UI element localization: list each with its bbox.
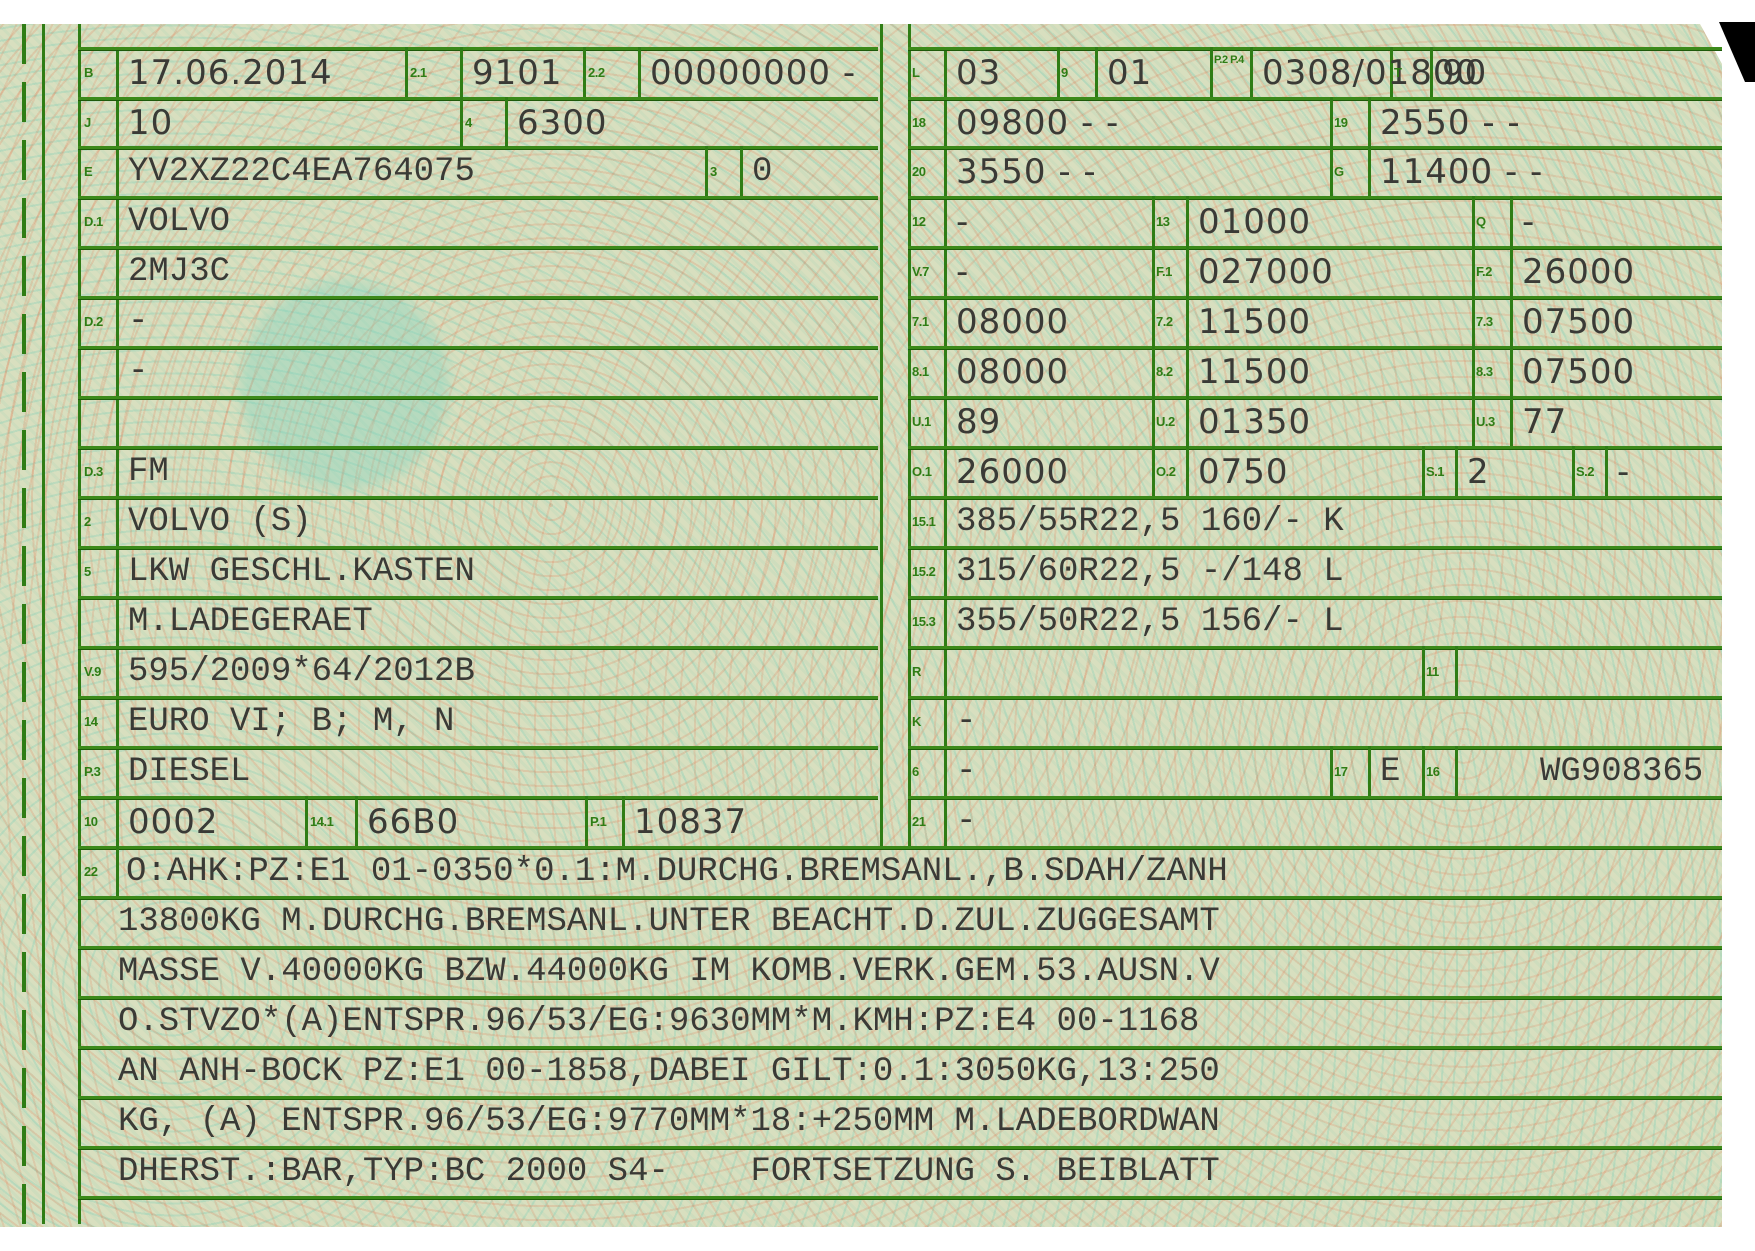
field-code-label: K	[912, 714, 921, 729]
field-code-label: 14.1	[310, 814, 333, 829]
field-code-label: E	[84, 164, 92, 179]
field-value: -	[956, 755, 976, 789]
grid-divider	[460, 47, 463, 97]
field-value: M.LADEGERAET	[128, 605, 373, 639]
field-code-label: 17	[1334, 764, 1347, 779]
field-code-label: P.3	[84, 764, 100, 779]
field-value: -	[128, 305, 148, 339]
field-value: 0750	[1198, 455, 1289, 489]
field-code-label: 12	[912, 214, 925, 229]
field-value: 2MJ3C	[128, 255, 230, 289]
field-code-label: 2.2	[588, 65, 605, 80]
field-value: 08000	[956, 305, 1069, 339]
field-value: 77	[1522, 405, 1567, 439]
grid-divider	[705, 146, 708, 196]
field-value: 26000	[1522, 255, 1635, 289]
field-value: -	[956, 205, 969, 239]
grid-divider	[1057, 47, 1060, 97]
grid-divider	[1186, 296, 1189, 346]
field-code-label: F.2	[1476, 264, 1492, 279]
field-code-label: 22	[84, 864, 97, 879]
field-code-label: 16	[1426, 764, 1439, 779]
field-value: 03	[956, 56, 1001, 90]
grid-divider	[1422, 746, 1425, 796]
field-value: 11500	[1198, 305, 1311, 339]
field-value: 2	[1467, 455, 1490, 489]
grid-divider	[1186, 446, 1189, 496]
grid-divider	[505, 97, 508, 147]
field-code-label: V.7	[912, 264, 929, 279]
field-code-label: 11	[1426, 664, 1439, 679]
field-code-label: 8.1	[912, 364, 929, 379]
field-code-label: 10	[84, 814, 97, 829]
field-value: O.STVZO*(A)ENTSPR.96/53/EG:9630MM*M.KMH:…	[118, 1005, 1199, 1039]
grid-divider	[1455, 646, 1458, 696]
grid-rule	[78, 1046, 1722, 1049]
grid-divider	[1095, 47, 1098, 97]
field-code-label: F.1	[1156, 264, 1172, 279]
field-value: -	[956, 255, 969, 289]
grid-divider	[1210, 47, 1213, 97]
field-code-label: 7.2	[1156, 314, 1173, 329]
grid-rule	[78, 896, 1722, 899]
field-value: VOLVO	[128, 205, 230, 239]
grid-divider	[1422, 446, 1425, 496]
field-code-label: 3	[710, 164, 717, 179]
grid-divider	[880, 24, 883, 849]
grid-rule	[78, 97, 878, 100]
grid-divider	[1510, 246, 1513, 296]
grid-divider	[1510, 196, 1513, 246]
field-value: 0002	[128, 805, 219, 839]
grid-divider	[638, 47, 641, 97]
field-code-label: P.2 P.4	[1214, 55, 1244, 66]
grid-rule	[908, 346, 1722, 349]
grid-divider	[583, 47, 586, 97]
field-code-label: 9	[1061, 65, 1068, 80]
grid-divider	[1186, 396, 1189, 446]
field-value: 11400 - -	[1380, 155, 1543, 189]
field-code-label: U.1	[912, 414, 931, 429]
grid-divider	[305, 796, 308, 846]
grid-divider	[1152, 196, 1155, 246]
field-code-label: 7.3	[1476, 314, 1493, 329]
field-value: DHERST.:BAR,TYP:BC 2000 S4- FORTSETZUNG …	[118, 1155, 1220, 1189]
field-value: 01000	[1198, 205, 1311, 239]
field-value: LKW GESCHL.KASTEN	[128, 555, 475, 589]
field-code-label: 7.1	[912, 314, 929, 329]
field-code-label: R	[912, 664, 921, 679]
grid-divider	[1472, 246, 1475, 296]
field-value: FM	[128, 455, 169, 489]
field-code-label: 15.2	[912, 564, 935, 579]
field-value: 355/50R22,5 156/- L	[956, 605, 1344, 639]
grid-rule	[908, 796, 1722, 799]
grid-rule	[78, 196, 878, 199]
field-code-label: 15.3	[912, 614, 935, 629]
grid-divider	[1330, 97, 1333, 147]
grid-rule	[908, 746, 1722, 749]
field-code-label: 20	[912, 164, 925, 179]
field-value: MASSE V.40000KG BZW.44000KG IM KOMB.VERK…	[118, 955, 1220, 989]
field-code-label: P.1	[590, 814, 606, 829]
field-value: 09800 - -	[956, 106, 1119, 140]
grid-divider	[1368, 746, 1371, 796]
grid-rule	[908, 446, 1722, 449]
field-code-label: U.2	[1156, 414, 1175, 429]
field-code-label: J	[84, 115, 91, 130]
grid-rule	[78, 146, 878, 149]
field-value: DIESEL	[128, 755, 250, 789]
grid-divider	[405, 47, 408, 97]
grid-rule	[78, 1146, 1722, 1149]
grid-divider	[585, 796, 588, 846]
field-value: 66B0	[367, 805, 459, 839]
field-code-label: O.2	[1156, 464, 1175, 479]
grid-rule	[78, 47, 878, 50]
field-value: 13800KG M.DURCHG.BREMSANL.UNTER BEACHT.D…	[118, 905, 1220, 939]
grid-rule	[908, 296, 1722, 299]
grid-rule	[78, 246, 878, 249]
grid-rule	[78, 296, 878, 299]
grid-divider	[1186, 346, 1189, 396]
field-value: EURO VI; B; M, N	[128, 705, 454, 739]
field-value: 6300	[517, 106, 608, 140]
grid-divider	[1472, 396, 1475, 446]
field-value: 01350	[1198, 405, 1311, 439]
field-code-label: L	[912, 65, 919, 80]
field-code-label: 8.2	[1156, 364, 1173, 379]
field-code-label: 8.3	[1476, 364, 1493, 379]
grid-divider	[740, 146, 743, 196]
field-value: 01	[1107, 56, 1152, 90]
field-value: 9101	[472, 56, 563, 90]
field-code-label: S.2	[1576, 464, 1594, 479]
grid-rule	[908, 496, 1722, 499]
grid-divider	[1455, 746, 1458, 796]
grid-rule	[908, 97, 1722, 100]
field-code-label: 14	[84, 714, 97, 729]
field-code-label: 5	[84, 564, 91, 579]
field-value: 10	[128, 106, 173, 140]
field-value: -	[1522, 205, 1535, 239]
grid-rule	[908, 396, 1722, 399]
grid-rule	[78, 1196, 1722, 1199]
grid-divider	[1152, 396, 1155, 446]
grid-rule	[78, 646, 878, 649]
grid-divider	[1330, 146, 1333, 196]
field-code-label: 13	[1156, 214, 1169, 229]
grid-rule	[78, 1096, 1722, 1099]
field-value: 90	[1442, 56, 1487, 90]
grid-divider	[1510, 396, 1513, 446]
grid-divider	[1572, 446, 1575, 496]
field-code-label: U.3	[1476, 414, 1495, 429]
field-value: 00000000 -	[650, 56, 856, 90]
grid-divider	[1510, 296, 1513, 346]
grid-divider	[1186, 196, 1189, 246]
field-code-label: 4	[465, 115, 472, 130]
field-code-label: D.1	[84, 214, 103, 229]
field-value: -	[956, 805, 976, 839]
grid-rule	[78, 396, 878, 399]
grid-divider	[78, 24, 81, 1224]
field-code-label: V.9	[84, 664, 101, 679]
field-code-label: D.3	[84, 464, 103, 479]
grid-rule	[908, 196, 1722, 199]
grid-rule	[908, 696, 1722, 699]
field-value: E	[1380, 755, 1400, 789]
field-code-label: 6	[912, 764, 919, 779]
grid-divider	[1152, 446, 1155, 496]
field-value: KG, (A) ENTSPR.96/53/EG:9770MM*18:+250MM…	[118, 1105, 1220, 1139]
field-value: 2550 - -	[1380, 106, 1521, 140]
grid-divider	[355, 796, 358, 846]
field-value: -	[128, 355, 148, 389]
grid-rule	[78, 446, 878, 449]
grid-divider	[1152, 296, 1155, 346]
field-value: -	[956, 705, 976, 739]
field-value: 0	[752, 155, 772, 189]
field-value: 3550 - -	[956, 155, 1097, 189]
field-code-label: T	[1394, 65, 1401, 80]
field-code-label: 21	[912, 814, 925, 829]
field-value: 26000	[956, 455, 1069, 489]
field-value: 027000	[1198, 255, 1334, 289]
grid-rule	[78, 546, 878, 549]
grid-divider	[1152, 246, 1155, 296]
field-value: 07500	[1522, 355, 1635, 389]
field-code-label: Q	[1476, 214, 1486, 229]
grid-divider	[1605, 446, 1608, 496]
field-code-label: 18	[912, 115, 925, 130]
grid-divider	[42, 24, 45, 1224]
grid-divider	[116, 846, 119, 896]
field-code-label: 19	[1334, 115, 1347, 130]
grid-rule	[908, 146, 1722, 149]
grid-rule	[78, 846, 1722, 849]
field-code-label: S.1	[1426, 464, 1444, 479]
grid-divider	[622, 796, 625, 846]
field-value: 07500	[1522, 305, 1635, 339]
grid-rule	[78, 796, 878, 799]
perforation-edge	[22, 24, 26, 1224]
grid-rule	[908, 47, 1722, 50]
grid-divider	[1455, 446, 1458, 496]
field-code-label: G	[1334, 164, 1344, 179]
grid-rule	[78, 496, 878, 499]
grid-divider	[1330, 746, 1333, 796]
field-value: 89	[956, 405, 1001, 439]
grid-rule	[908, 546, 1722, 549]
grid-divider	[1472, 296, 1475, 346]
field-value: AN ANH-BOCK PZ:E1 00-1858,DABEI GILT:0.1…	[118, 1055, 1220, 1089]
grid-rule	[78, 696, 878, 699]
grid-divider	[460, 97, 463, 147]
field-value: 10837	[634, 805, 747, 839]
grid-divider	[1368, 146, 1371, 196]
field-value: 315/60R22,5 -/148 L	[956, 555, 1344, 589]
grid-divider	[1186, 246, 1189, 296]
grid-divider	[1510, 346, 1513, 396]
grid-divider	[1152, 346, 1155, 396]
field-value: YV2XZ22C4EA764075	[128, 155, 475, 189]
grid-divider	[1422, 646, 1425, 696]
field-value: O:AHK:PZ:E1 01-0350*0.1:M.DURCHG.BREMSAN…	[126, 855, 1228, 889]
field-value: 11500	[1198, 355, 1311, 389]
grid-divider	[1472, 196, 1475, 246]
grid-rule	[78, 346, 878, 349]
grid-divider	[1368, 97, 1371, 147]
field-value: 08000	[956, 355, 1069, 389]
field-code-label: 15.1	[912, 514, 935, 529]
field-value: VOLVO (S)	[128, 505, 312, 539]
field-value: -	[1617, 455, 1630, 489]
grid-divider	[1250, 47, 1253, 97]
grid-rule	[908, 246, 1722, 249]
grid-rule	[908, 646, 1722, 649]
grid-rule	[908, 596, 1722, 599]
grid-rule	[78, 996, 1722, 999]
field-code-label: B	[84, 65, 93, 80]
grid-rule	[78, 746, 878, 749]
field-value: 385/55R22,5 160/- K	[956, 505, 1344, 539]
field-value: WG908365	[1540, 755, 1703, 789]
field-code-label: D.2	[84, 314, 103, 329]
field-code-label: 2	[84, 514, 91, 529]
grid-rule	[78, 596, 878, 599]
grid-divider	[1472, 346, 1475, 396]
field-value: 17.06.2014	[128, 56, 333, 90]
grid-rule	[78, 946, 1722, 949]
field-code-label: 2.1	[410, 65, 427, 80]
field-value: 595/2009*64/2012B	[128, 655, 475, 689]
field-code-label: O.1	[912, 464, 931, 479]
